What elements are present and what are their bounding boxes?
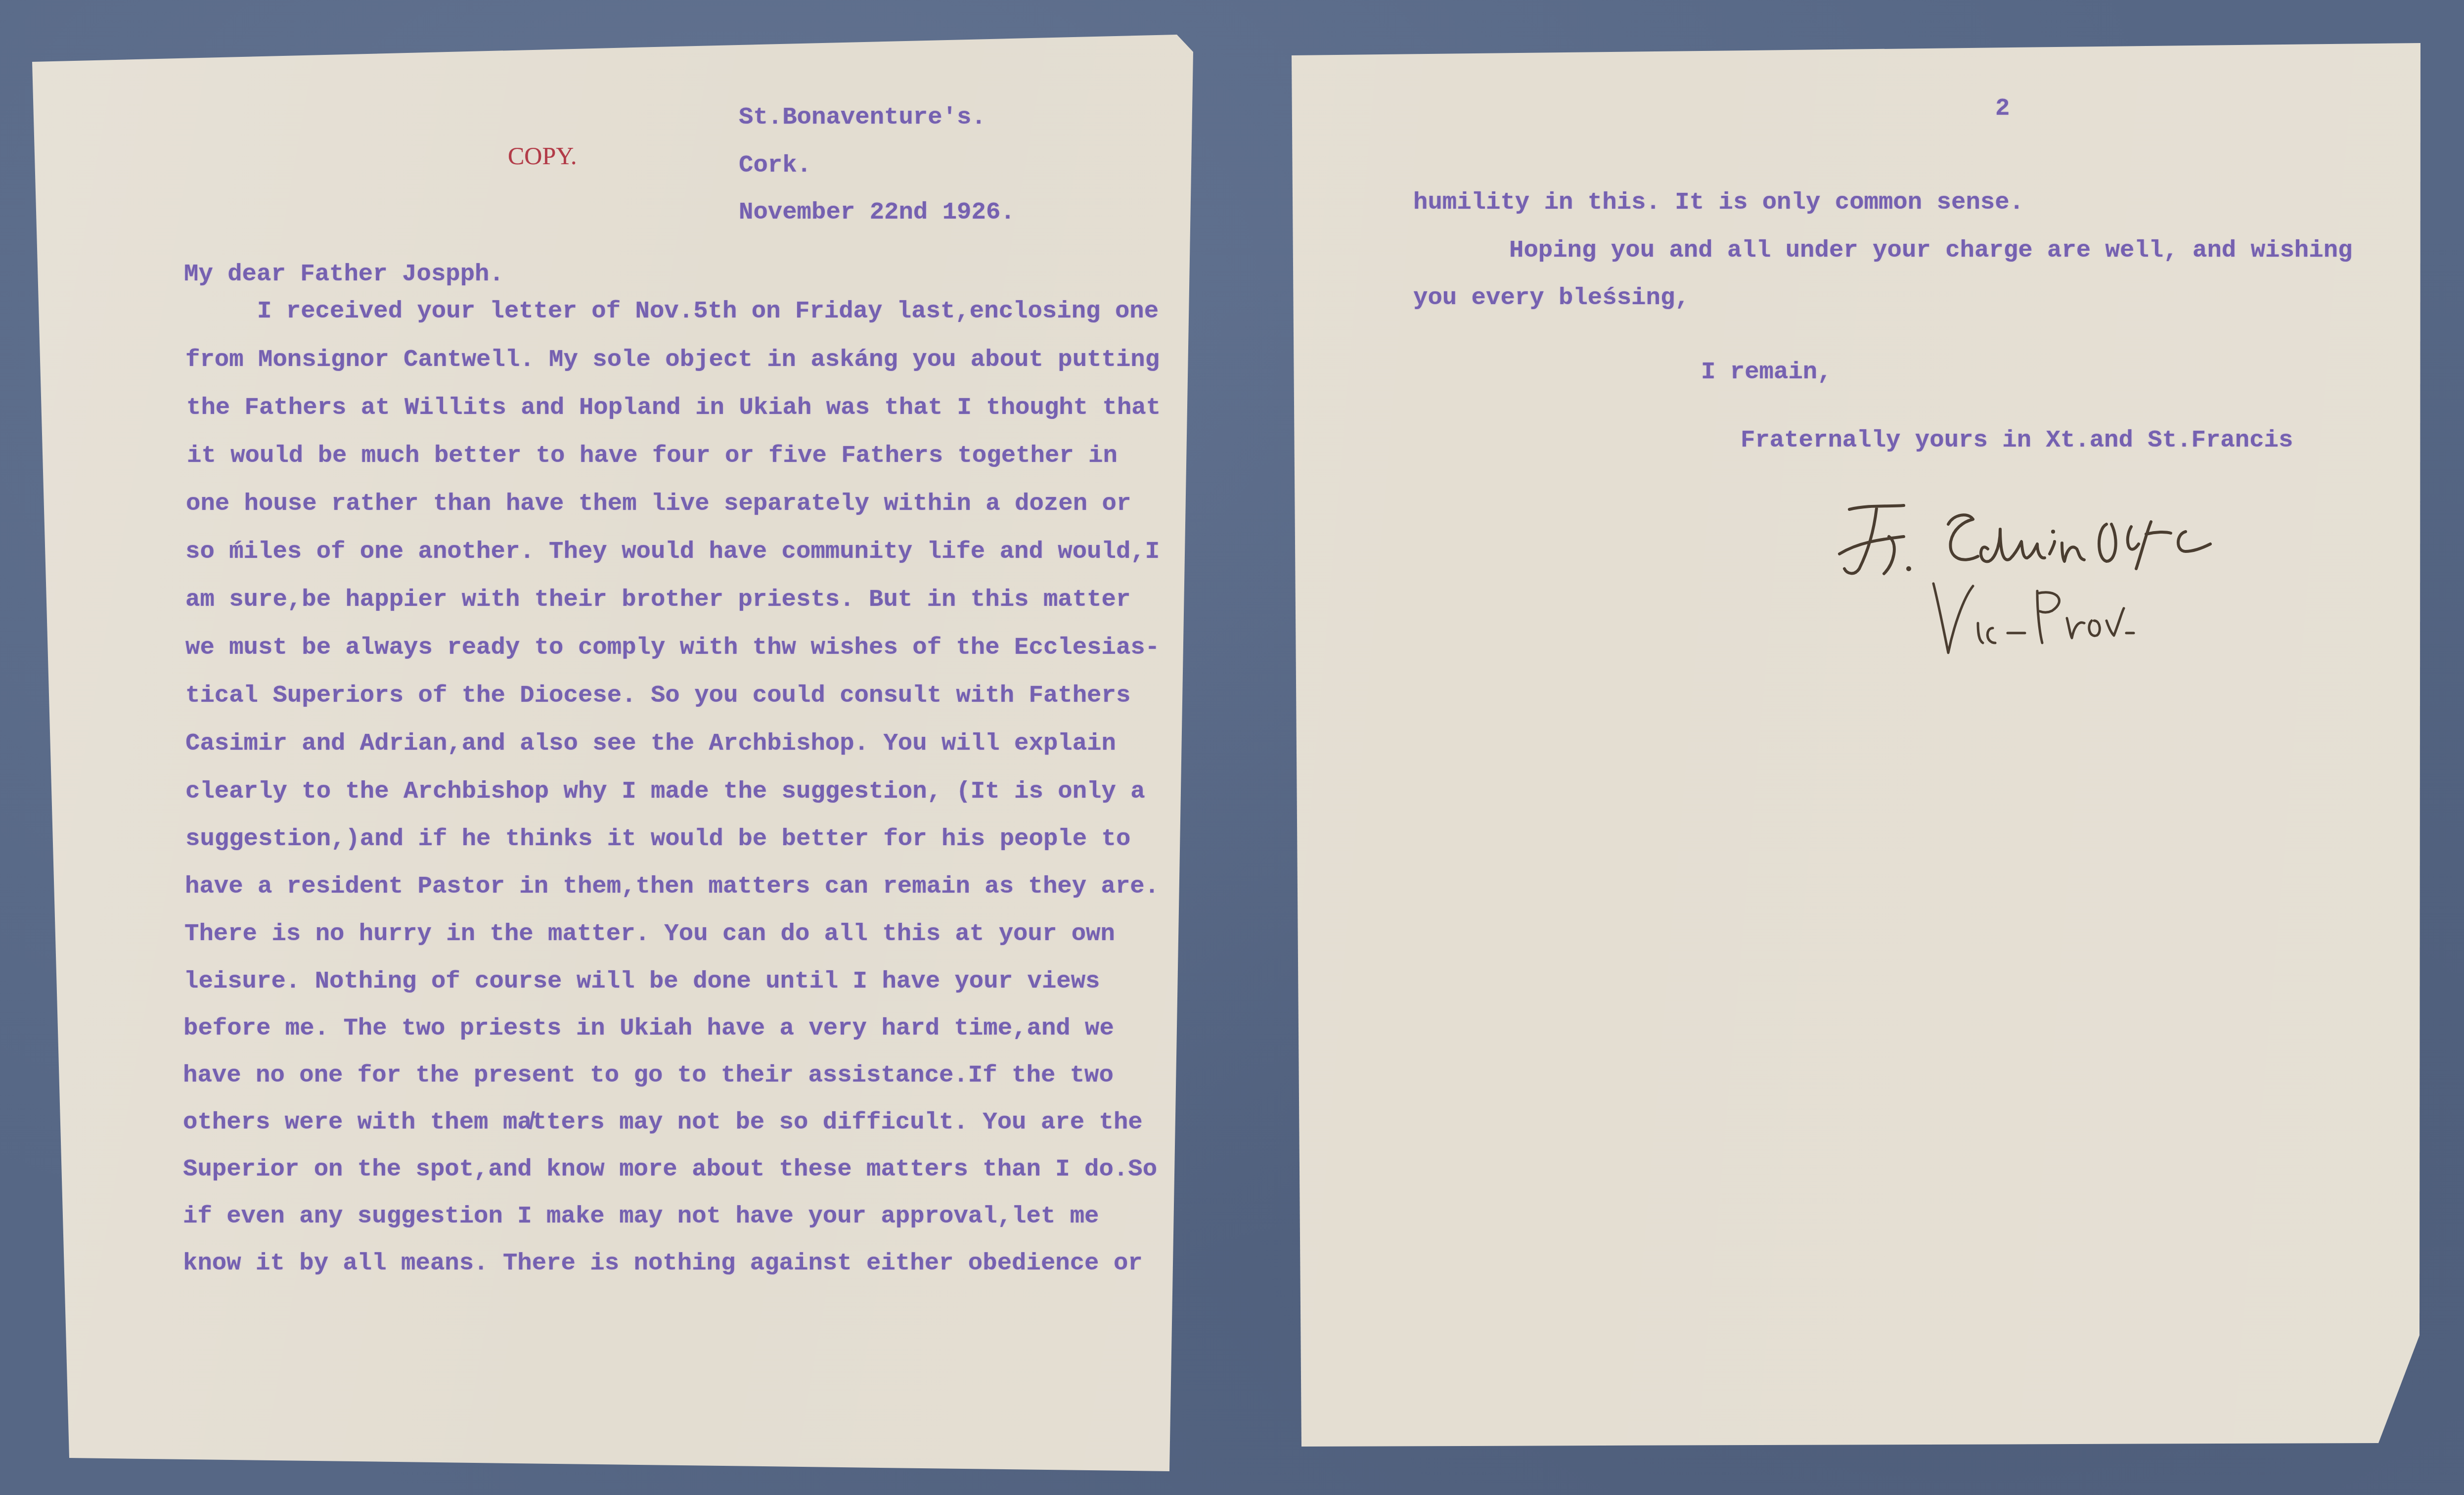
body-line: before me. The two priests in Ukiah have… (183, 1016, 1114, 1041)
body-line: Superior on the spot,and know more about… (183, 1157, 1157, 1181)
body-line: one house rather than have them live sep… (186, 492, 1131, 516)
address-line-2: Cork. (739, 153, 811, 178)
body-line: the Fathers at Willits and Hopland in Uk… (186, 396, 1161, 420)
body-line: have no one for the present to go to the… (183, 1063, 1114, 1087)
body-line: humility in this. It is only common sens… (1413, 190, 2024, 215)
body-line: others were with them ma̸tters may not b… (183, 1110, 1143, 1134)
address-line-1: St.Bonaventure's. (739, 105, 986, 130)
signature (1830, 495, 2275, 673)
body-line: so ḿiles of one another. They would have… (185, 540, 1160, 564)
body-line: Hoping you and all under your charge are… (1509, 238, 2352, 263)
body-line: know it by all means. There is nothing a… (183, 1251, 1143, 1275)
body-line: we must be always ready to comply with t… (185, 635, 1160, 660)
salutation: My dear Father Jospph. (184, 262, 504, 286)
body-line: suggestion,)and if he thinks it would be… (185, 827, 1130, 851)
page-number: 2 (1995, 96, 2010, 121)
body-line: have a resident Pastor in them,then matt… (185, 874, 1159, 899)
body-line: it would be much better to have four or … (187, 444, 1118, 468)
body-line: Casimir and Adrian,and also see the Arch… (185, 731, 1116, 756)
body-line: There is no hurry in the matter. You can… (184, 922, 1115, 946)
valediction: Fraternally yours in Xt.and St.Francis (1741, 428, 2293, 453)
body-line: if even any suggestion I make may not ha… (183, 1204, 1099, 1228)
date-line: November 22nd 1926. (739, 200, 1015, 225)
body-line: you every bleśsing, (1413, 286, 1690, 310)
body-line: tical Superiors of the Diocese. So you c… (185, 683, 1130, 708)
body-line: leisure. Nothing of course will be done … (184, 969, 1100, 994)
copy-stamp: COPY. (508, 143, 577, 168)
signature-handwriting-icon (1830, 495, 2275, 673)
body-line: I received your letter of Nov.5th on Fri… (257, 299, 1159, 323)
body-line: from Monsignor Cantwell. My sole object … (185, 348, 1160, 372)
body-line: am sure,be happier with their brother pr… (185, 588, 1130, 612)
closing: I remain, (1701, 360, 1832, 384)
body-line: clearly to the Archbishop why I made the… (185, 779, 1145, 804)
